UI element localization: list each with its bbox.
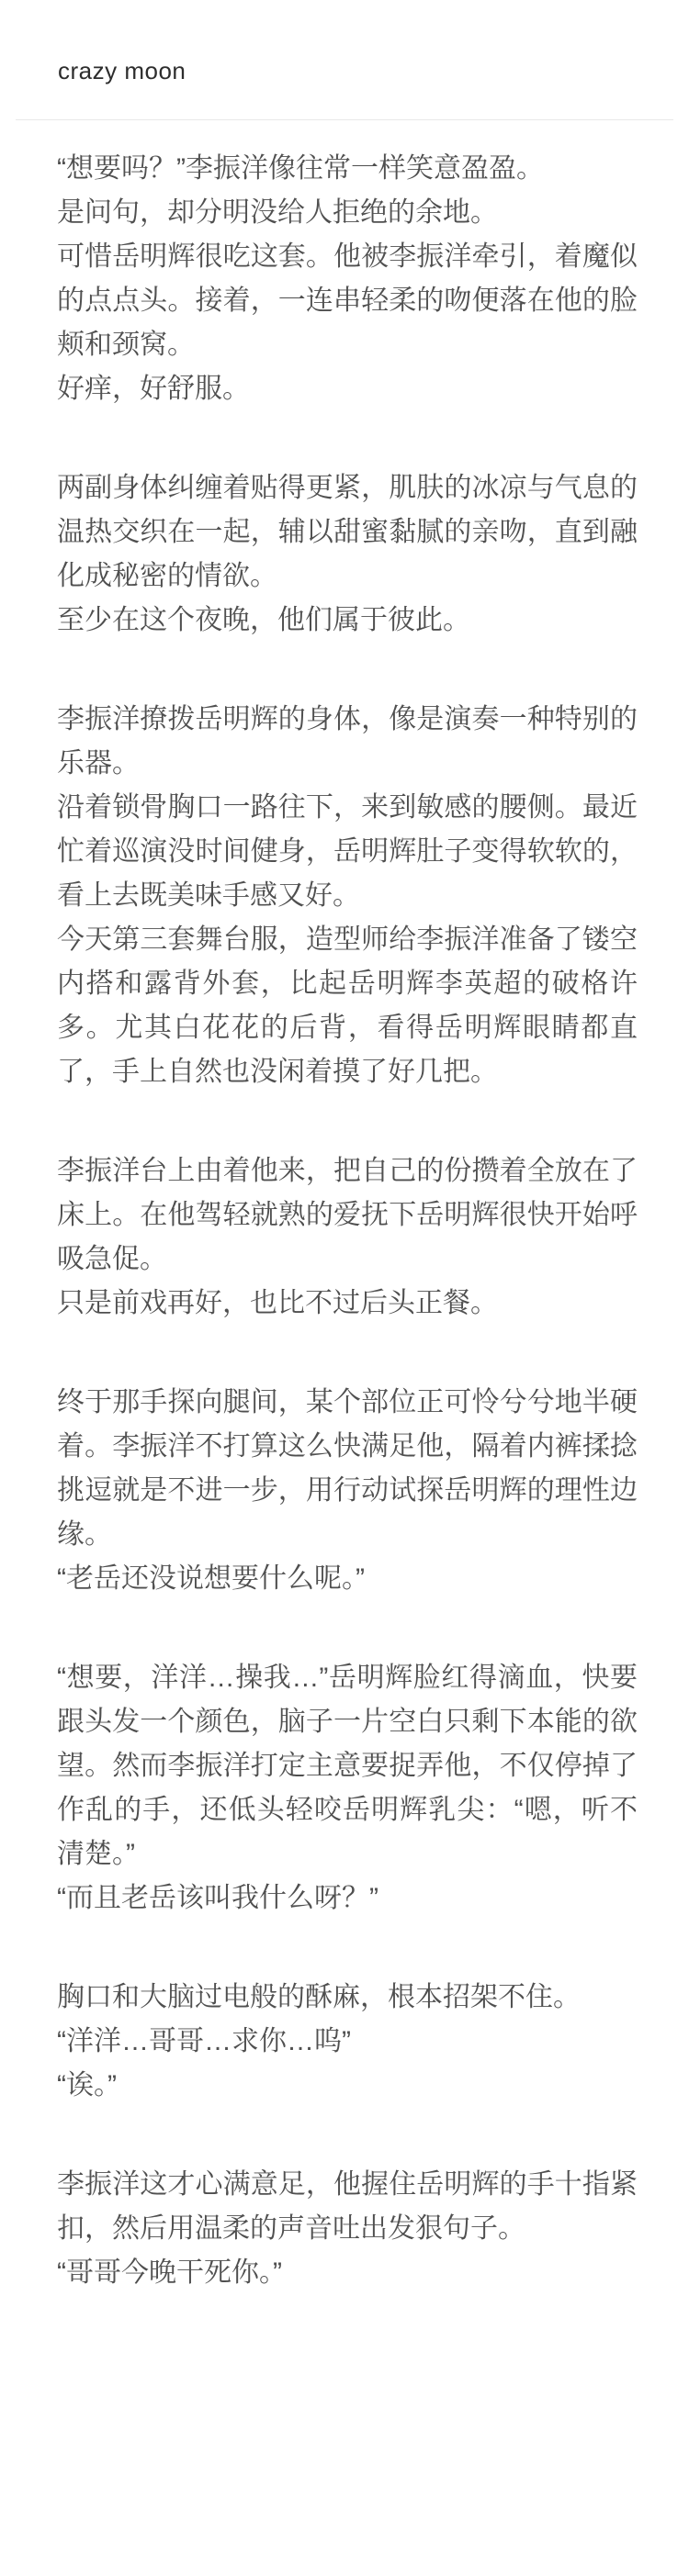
post-page: crazy moon “想要吗？”李振洋像往常一样笑意盈盈。是问句，却分明没给人… xyxy=(0,0,689,2576)
story-paragraph: 只是前戏再好，也比不过后头正餐。 xyxy=(57,1282,638,1326)
story-paragraph: 胸口和大脑过电般的酥麻，根本招架不住。 xyxy=(57,1976,638,2020)
story-section: 胸口和大脑过电般的酥麻，根本招架不住。“洋洋…哥哥…求你…呜”“诶。” xyxy=(57,1976,638,2108)
story-paragraph: “想要，洋洋…操我…”岳明辉脸红得滴血，快要跟头发一个颜色，脑子一片空白只剩下本… xyxy=(57,1656,638,1876)
story-section: 李振洋台上由着他来，把自己的份攒着全放在了床上。在他驾轻就熟的爱抚下岳明辉很快开… xyxy=(57,1149,638,1326)
story-section: 李振洋撩拨岳明辉的身体，像是演奏一种特别的乐器。沿着锁骨胸口一路往下，来到敏感的… xyxy=(57,698,638,1094)
story-paragraph: 李振洋台上由着他来，把自己的份攒着全放在了床上。在他驾轻就熟的爱抚下岳明辉很快开… xyxy=(57,1149,638,1282)
story-section: 李振洋这才心满意足，他握住岳明辉的手十指紧扣，然后用温柔的声音吐出发狠句子。“哥… xyxy=(57,2163,638,2295)
story-paragraph: 两副身体纠缠着贴得更紧，肌肤的冰凉与气息的温热交织在一起，辅以甜蜜黏腻的亲吻，直… xyxy=(57,466,638,599)
story-paragraph: 终于那手探向腿间，某个部位正可怜兮兮地半硬着。李振洋不打算这么快满足他，隔着内裤… xyxy=(57,1381,638,1557)
story-paragraph: 是问句，却分明没给人拒绝的余地。 xyxy=(57,191,638,235)
story-section: 终于那手探向腿间，某个部位正可怜兮兮地半硬着。李振洋不打算这么快满足他，隔着内裤… xyxy=(57,1381,638,1601)
story-paragraph: 可惜岳明辉很吃这套。他被李振洋牵引，着魔似的点点头。接着，一连串轻柔的吻便落在他… xyxy=(57,235,638,367)
story-paragraph: “而且老岳该叫我什么呀？” xyxy=(57,1876,638,1921)
story-paragraph: “哥哥今晚干死你。” xyxy=(57,2251,638,2295)
post-header: crazy moon xyxy=(0,0,689,90)
story-paragraph: “诶。” xyxy=(57,2064,638,2108)
story-paragraph: “老岳还没说想要什么呢。” xyxy=(57,1557,638,1601)
story-paragraph: 李振洋撩拨岳明辉的身体，像是演奏一种特别的乐器。 xyxy=(57,698,638,786)
story-body: “想要吗？”李振洋像往常一样笑意盈盈。是问句，却分明没给人拒绝的余地。可惜岳明辉… xyxy=(0,120,689,2295)
story-paragraph: “洋洋…哥哥…求你…呜” xyxy=(57,2020,638,2064)
story-paragraph: “想要吗？”李振洋像往常一样笑意盈盈。 xyxy=(57,147,638,191)
story-paragraph: 至少在这个夜晚，他们属于彼此。 xyxy=(57,599,638,643)
story-paragraph: 好痒，好舒服。 xyxy=(57,367,638,411)
story-section: “想要，洋洋…操我…”岳明辉脸红得滴血，快要跟头发一个颜色，脑子一片空白只剩下本… xyxy=(57,1656,638,1921)
story-section: “想要吗？”李振洋像往常一样笑意盈盈。是问句，却分明没给人拒绝的余地。可惜岳明辉… xyxy=(57,147,638,411)
story-section: 两副身体纠缠着贴得更紧，肌肤的冰凉与气息的温热交织在一起，辅以甜蜜黏腻的亲吻，直… xyxy=(57,466,638,643)
page-title: crazy moon xyxy=(58,51,631,90)
story-paragraph: 沿着锁骨胸口一路往下，来到敏感的腰侧。最近忙着巡演没时间健身，岳明辉肚子变得软软… xyxy=(57,786,638,918)
story-paragraph: 今天第三套舞台服，造型师给李振洋准备了镂空内搭和露背外套，比起岳明辉李英超的破格… xyxy=(57,918,638,1094)
story-paragraph: 李振洋这才心满意足，他握住岳明辉的手十指紧扣，然后用温柔的声音吐出发狠句子。 xyxy=(57,2163,638,2251)
